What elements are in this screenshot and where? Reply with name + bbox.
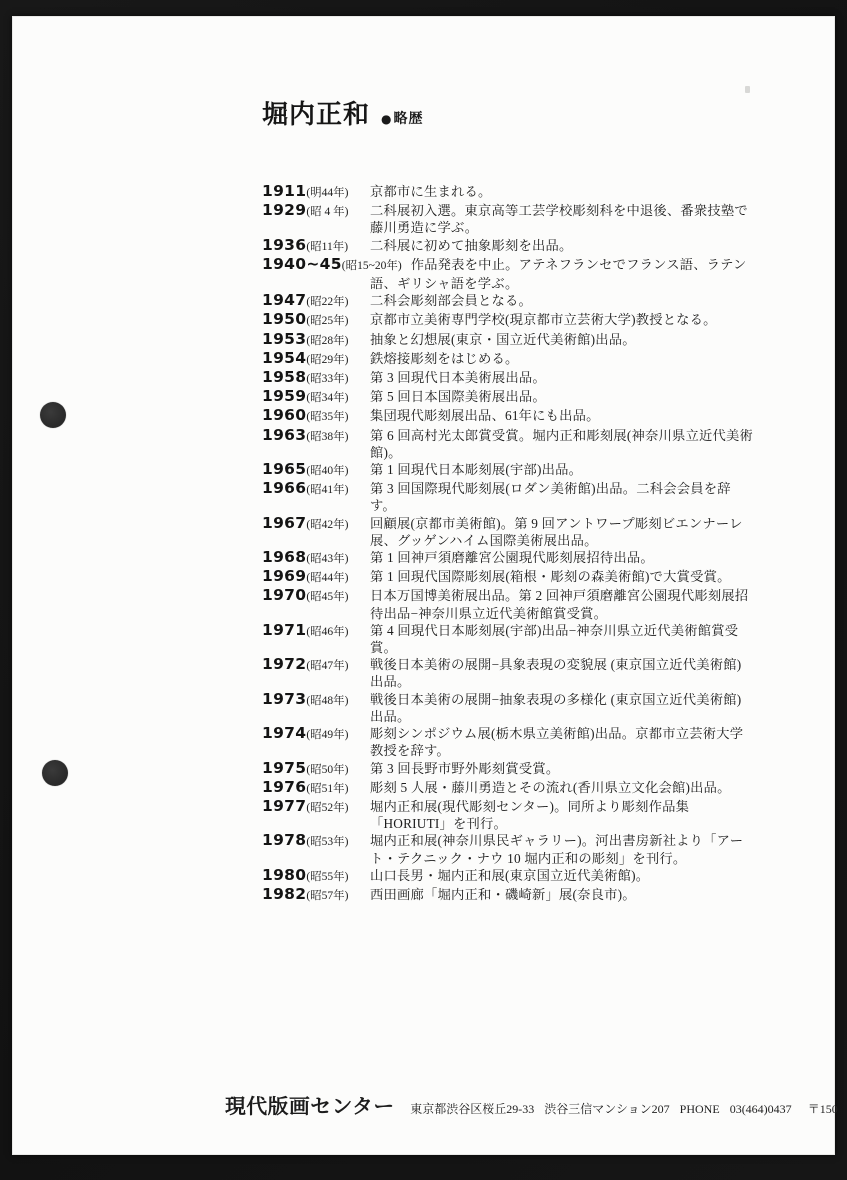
entry-year-era: (昭41年) xyxy=(306,484,348,496)
entry-year: 1966(昭41年) xyxy=(262,480,370,499)
phone-label: PHONE xyxy=(680,1102,720,1116)
entry-year: 1965(昭40年) xyxy=(262,461,370,480)
entry-year-era: (昭15~20年) xyxy=(342,260,402,272)
entry-year-number: 1973 xyxy=(262,690,306,708)
entry-year: 1929(昭 4 年) xyxy=(262,202,370,221)
entry-year-era: (昭46年) xyxy=(306,626,348,638)
entry-description: 戦後日本美術の展開−具象表現の変貌展 (東京国立近代美術館) 出品。 xyxy=(370,656,756,690)
entry-year-era: (昭 4 年) xyxy=(306,206,348,218)
entry-year: 1911(明44年) xyxy=(262,183,370,202)
entry-year-number: 1960 xyxy=(262,406,306,424)
entry-year: 1971(昭46年) xyxy=(262,622,370,641)
entry-year-era: (昭35年) xyxy=(306,411,348,423)
chronology-entry: 1950(昭25年)京都市立美術専門学校(現京都市立芸術大学)教授となる。 xyxy=(262,311,756,330)
punch-hole-bottom xyxy=(42,760,68,786)
entry-year-number: 1972 xyxy=(262,655,306,673)
entry-year: 1973(昭48年) xyxy=(262,691,370,710)
entry-year-era: (昭51年) xyxy=(306,783,348,795)
entry-year: 1936(昭11年) xyxy=(262,237,370,256)
entry-year-number: 1976 xyxy=(262,778,306,796)
entry-description: 堀内正和展(現代彫刻センター)。同所より彫刻作品集 「HORIUTI」を刊行。 xyxy=(370,798,756,832)
chronology-entry: 1929(昭 4 年)二科展初入選。東京高等工芸学校彫刻科を中退後、番衆技塾で藤… xyxy=(262,202,756,236)
page: 堀内正和 ● 略歴 1911(明44年)京都市に生まれる。1929(昭 4 年)… xyxy=(12,16,835,1155)
entry-year-era: (昭34年) xyxy=(306,392,348,404)
entry-year-era: (昭45年) xyxy=(306,591,348,603)
chronology-entry: 1963(昭38年)第 6 回高村光太郎賞受賞。堀内正和彫刻展(神奈川県立近代美… xyxy=(262,427,756,461)
chronology-entry: 1958(昭33年)第 3 回現代日本美術展出品。 xyxy=(262,369,756,388)
entry-year: 1978(昭53年) xyxy=(262,832,370,851)
entry-description: 第 1 回現代日本彫刻展(宇部)出品。 xyxy=(370,461,756,478)
entry-year: 1958(昭33年) xyxy=(262,369,370,388)
chronology-entry: 1976(昭51年)彫刻 5 人展・藤川勇造とその流れ(香川県立文化会館)出品。 xyxy=(262,779,756,798)
chronology-list: 1911(明44年)京都市に生まれる。1929(昭 4 年)二科展初入選。東京高… xyxy=(262,183,756,905)
postal-code: 〒150 xyxy=(808,1102,838,1116)
entry-description: 第 1 回現代国際彫刻展(箱根・彫刻の森美術館)で大賞受賞。 xyxy=(370,568,756,585)
entry-year-era: (昭25年) xyxy=(306,315,348,327)
entry-year-era: (昭38年) xyxy=(306,431,348,443)
entry-year: 1950(昭25年) xyxy=(262,311,370,330)
entry-year-number: 1968 xyxy=(262,548,306,566)
entry-description: 彫刻 5 人展・藤川勇造とその流れ(香川県立文化会館)出品。 xyxy=(370,779,756,796)
entry-year-number: 1953 xyxy=(262,330,306,348)
chronology-entry: 1959(昭34年)第 5 回日本国際美術展出品。 xyxy=(262,388,756,407)
entry-year-number: 1977 xyxy=(262,797,306,815)
entry-year-era: (昭11年) xyxy=(306,241,348,253)
entry-year-number: 1982 xyxy=(262,885,306,903)
entry-description: 日本万国博美術展出品。第 2 回神戸須磨離宮公園現代彫刻展招待出品−神奈川県立近… xyxy=(370,587,756,621)
publisher-logo: 現代版画センター xyxy=(225,1090,395,1119)
entry-year: 1947(昭22年) xyxy=(262,292,370,311)
entry-year-number: 1967 xyxy=(262,514,306,532)
publisher-building: 渋谷三信マンション207 xyxy=(544,1102,669,1116)
chronology-entry: 1940~45(昭15~20年)作品発表を中止。アテネフランセでフランス語、ラテ… xyxy=(262,256,756,292)
entry-year: 1972(昭47年) xyxy=(262,656,370,675)
entry-year-number: 1966 xyxy=(262,479,306,497)
entry-year: 1977(昭52年) xyxy=(262,798,370,817)
chronology-entry: 1974(昭49年)彫刻シンポジウム展(栃木県立美術館)出品。京都市立芸術大学教… xyxy=(262,725,756,759)
chronology-entry: 1972(昭47年)戦後日本美術の展開−具象表現の変貌展 (東京国立近代美術館)… xyxy=(262,656,756,690)
entry-year-era: (昭33年) xyxy=(306,373,348,385)
entry-year-number: 1971 xyxy=(262,621,306,639)
entry-year-number: 1940~45 xyxy=(262,255,342,273)
entry-description: 彫刻シンポジウム展(栃木県立美術館)出品。京都市立芸術大学教授を辞す。 xyxy=(370,725,756,759)
entry-year-number: 1978 xyxy=(262,831,306,849)
entry-description: 第 1 回神戸須磨離宮公園現代彫刻展招待出品。 xyxy=(370,549,756,566)
entry-year: 1954(昭29年) xyxy=(262,350,370,369)
punch-hole-top xyxy=(40,402,66,428)
entry-description: 鉄熔接彫刻をはじめる。 xyxy=(370,350,756,367)
entry-year-era: (昭52年) xyxy=(306,802,348,814)
page-title: 堀内正和 xyxy=(262,102,370,128)
entry-year: 1968(昭43年) xyxy=(262,549,370,568)
chronology-entry: 1977(昭52年)堀内正和展(現代彫刻センター)。同所より彫刻作品集 「HOR… xyxy=(262,798,756,832)
entry-year-era: (昭49年) xyxy=(306,729,348,741)
chronology-entry: 1970(昭45年)日本万国博美術展出品。第 2 回神戸須磨離宮公園現代彫刻展招… xyxy=(262,587,756,621)
entry-year-number: 1947 xyxy=(262,291,306,309)
bullet-icon: ● xyxy=(381,112,391,126)
chronology-entry: 1947(昭22年)二科会彫刻部会員となる。 xyxy=(262,292,756,311)
entry-year: 1969(昭44年) xyxy=(262,568,370,587)
subtitle-label: 略歴 xyxy=(394,108,424,128)
entry-description: 第 4 回現代日本彫刻展(宇部)出品−神奈川県立近代美術館賞受賞。 xyxy=(370,622,756,656)
chronology-entry: 1954(昭29年)鉄熔接彫刻をはじめる。 xyxy=(262,350,756,369)
chronology-entry: 1953(昭28年)抽象と幻想展(東京・国立近代美術館)出品。 xyxy=(262,331,756,350)
subtitle: ● 略歴 xyxy=(381,108,423,128)
entry-year: 1960(昭35年) xyxy=(262,407,370,426)
entry-year-number: 1929 xyxy=(262,201,306,219)
entry-year-number: 1954 xyxy=(262,349,306,367)
chronology-entry: 1982(昭57年)西田画廊「堀内正和・磯崎新」展(奈良市)。 xyxy=(262,886,756,905)
entry-year-number: 1970 xyxy=(262,586,306,604)
entry-year-number: 1911 xyxy=(262,182,306,200)
entry-description: 二科展初入選。東京高等工芸学校彫刻科を中退後、番衆技塾で藤川勇造に学ぶ。 xyxy=(370,202,756,236)
entry-year-era: (昭53年) xyxy=(306,836,348,848)
entry-year-era: (昭42年) xyxy=(306,519,348,531)
entry-description: 二科展に初めて抽象彫刻を出品。 xyxy=(370,237,756,254)
entry-year: 1967(昭42年) xyxy=(262,515,370,534)
entry-year: 1982(昭57年) xyxy=(262,886,370,905)
entry-year-era: (昭28年) xyxy=(306,335,348,347)
entry-description: 抽象と幻想展(東京・国立近代美術館)出品。 xyxy=(370,331,756,348)
entry-year-era: (明44年) xyxy=(306,187,348,199)
entry-year: 1959(昭34年) xyxy=(262,388,370,407)
entry-description: 集団現代彫刻展出品、61年にも出品。 xyxy=(370,407,756,424)
entry-description: 作品発表を中止。アテネフランセでフランス語、ラテン語、ギリシャ語を学ぶ。 xyxy=(370,257,747,291)
chronology-entry: 1965(昭40年)第 1 回現代日本彫刻展(宇部)出品。 xyxy=(262,461,756,480)
publisher-contact: 東京都渋谷区桜丘29-33 渋谷三信マンション207 PHONE 03(464)… xyxy=(410,1100,838,1117)
chronology-entry: 1968(昭43年)第 1 回神戸須磨離宮公園現代彫刻展招待出品。 xyxy=(262,549,756,568)
chronology-entry: 1960(昭35年)集団現代彫刻展出品、61年にも出品。 xyxy=(262,407,756,426)
entry-year: 1953(昭28年) xyxy=(262,331,370,350)
chronology-entry: 1969(昭44年)第 1 回現代国際彫刻展(箱根・彫刻の森美術館)で大賞受賞。 xyxy=(262,568,756,587)
entry-description: 山口長男・堀内正和展(東京国立近代美術館)。 xyxy=(370,867,756,884)
entry-description: 西田画廊「堀内正和・磯崎新」展(奈良市)。 xyxy=(370,886,756,903)
entry-year-era: (昭22年) xyxy=(306,296,348,308)
chronology-entry: 1975(昭50年)第 3 回長野市野外彫刻賞受賞。 xyxy=(262,760,756,779)
entry-year: 1974(昭49年) xyxy=(262,725,370,744)
entry-description: 京都市立美術専門学校(現京都市立芸術大学)教授となる。 xyxy=(370,311,756,328)
entry-year: 1975(昭50年) xyxy=(262,760,370,779)
chronology-entry: 1967(昭42年)回顧展(京都市美術館)。第 9 回アントワープ彫刻ビエンナー… xyxy=(262,515,756,549)
entry-year: 1976(昭51年) xyxy=(262,779,370,798)
entry-description: 二科会彫刻部会員となる。 xyxy=(370,292,756,309)
entry-description: 第 3 回長野市野外彫刻賞受賞。 xyxy=(370,760,756,777)
entry-year-era: (昭50年) xyxy=(306,764,348,776)
entry-description: 回顧展(京都市美術館)。第 9 回アントワープ彫刻ビエンナーレ展、グッゲンハイム… xyxy=(370,515,756,549)
scanned-document: 堀内正和 ● 略歴 1911(明44年)京都市に生まれる。1929(昭 4 年)… xyxy=(0,0,847,1180)
entry-year-number: 1965 xyxy=(262,460,306,478)
entry-description: 第 6 回高村光太郎賞受賞。堀内正和彫刻展(神奈川県立近代美術館)。 xyxy=(370,427,756,461)
entry-year-era: (昭55年) xyxy=(306,871,348,883)
entry-year-era: (昭43年) xyxy=(306,553,348,565)
chronology-entry: 1911(明44年)京都市に生まれる。 xyxy=(262,183,756,202)
entry-year-number: 1936 xyxy=(262,236,306,254)
entry-description: 堀内正和展(神奈川県民ギャラリー)。河出書房新社より「アート・テクニック・ナウ … xyxy=(370,832,756,866)
entry-description: 京都市に生まれる。 xyxy=(370,183,756,200)
document-header: 堀内正和 ● 略歴 xyxy=(262,102,424,128)
entry-description: 第 3 回現代日本美術展出品。 xyxy=(370,369,756,386)
chronology-entry: 1966(昭41年)第 3 回国際現代彫刻展(ロダン美術館)出品。二科会会員を辞… xyxy=(262,480,756,514)
chronology-entry: 1971(昭46年)第 4 回現代日本彫刻展(宇部)出品−神奈川県立近代美術館賞… xyxy=(262,622,756,656)
phone-number: 03(464)0437 xyxy=(730,1102,792,1116)
entry-description: 戦後日本美術の展開−抽象表現の多様化 (東京国立近代美術館) 出品。 xyxy=(370,691,756,725)
entry-year-number: 1974 xyxy=(262,724,306,742)
entry-year-era: (昭57年) xyxy=(306,890,348,902)
entry-year: 1980(昭55年) xyxy=(262,867,370,886)
entry-year-era: (昭48年) xyxy=(306,695,348,707)
entry-description: 第 3 回国際現代彫刻展(ロダン美術館)出品。二科会会員を辞す。 xyxy=(370,480,756,514)
chronology-entry: 1978(昭53年)堀内正和展(神奈川県民ギャラリー)。河出書房新社より「アート… xyxy=(262,832,756,866)
entry-year-number: 1975 xyxy=(262,759,306,777)
chronology-entry: 1980(昭55年)山口長男・堀内正和展(東京国立近代美術館)。 xyxy=(262,867,756,886)
entry-description: 第 5 回日本国際美術展出品。 xyxy=(370,388,756,405)
chronology-entry: 1936(昭11年)二科展に初めて抽象彫刻を出品。 xyxy=(262,237,756,256)
entry-year: 1963(昭38年) xyxy=(262,427,370,446)
entry-year-number: 1959 xyxy=(262,387,306,405)
chronology-entry: 1973(昭48年)戦後日本美術の展開−抽象表現の多様化 (東京国立近代美術館)… xyxy=(262,691,756,725)
entry-year-era: (昭29年) xyxy=(306,354,348,366)
entry-year-number: 1969 xyxy=(262,567,306,585)
entry-year-era: (昭47年) xyxy=(306,660,348,672)
document-footer: 現代版画センター 東京都渋谷区桜丘29-33 渋谷三信マンション207 PHON… xyxy=(225,1090,838,1119)
scan-speck xyxy=(745,86,750,93)
entry-year: 1970(昭45年) xyxy=(262,587,370,606)
entry-year-number: 1963 xyxy=(262,426,306,444)
entry-year-era: (昭44年) xyxy=(306,572,348,584)
entry-year-number: 1950 xyxy=(262,310,306,328)
entry-year-number: 1958 xyxy=(262,368,306,386)
publisher-address: 東京都渋谷区桜丘29-33 xyxy=(410,1102,534,1116)
entry-year-number: 1980 xyxy=(262,866,306,884)
entry-year-era: (昭40年) xyxy=(306,465,348,477)
entry-year: 1940~45(昭15~20年) xyxy=(262,256,402,273)
